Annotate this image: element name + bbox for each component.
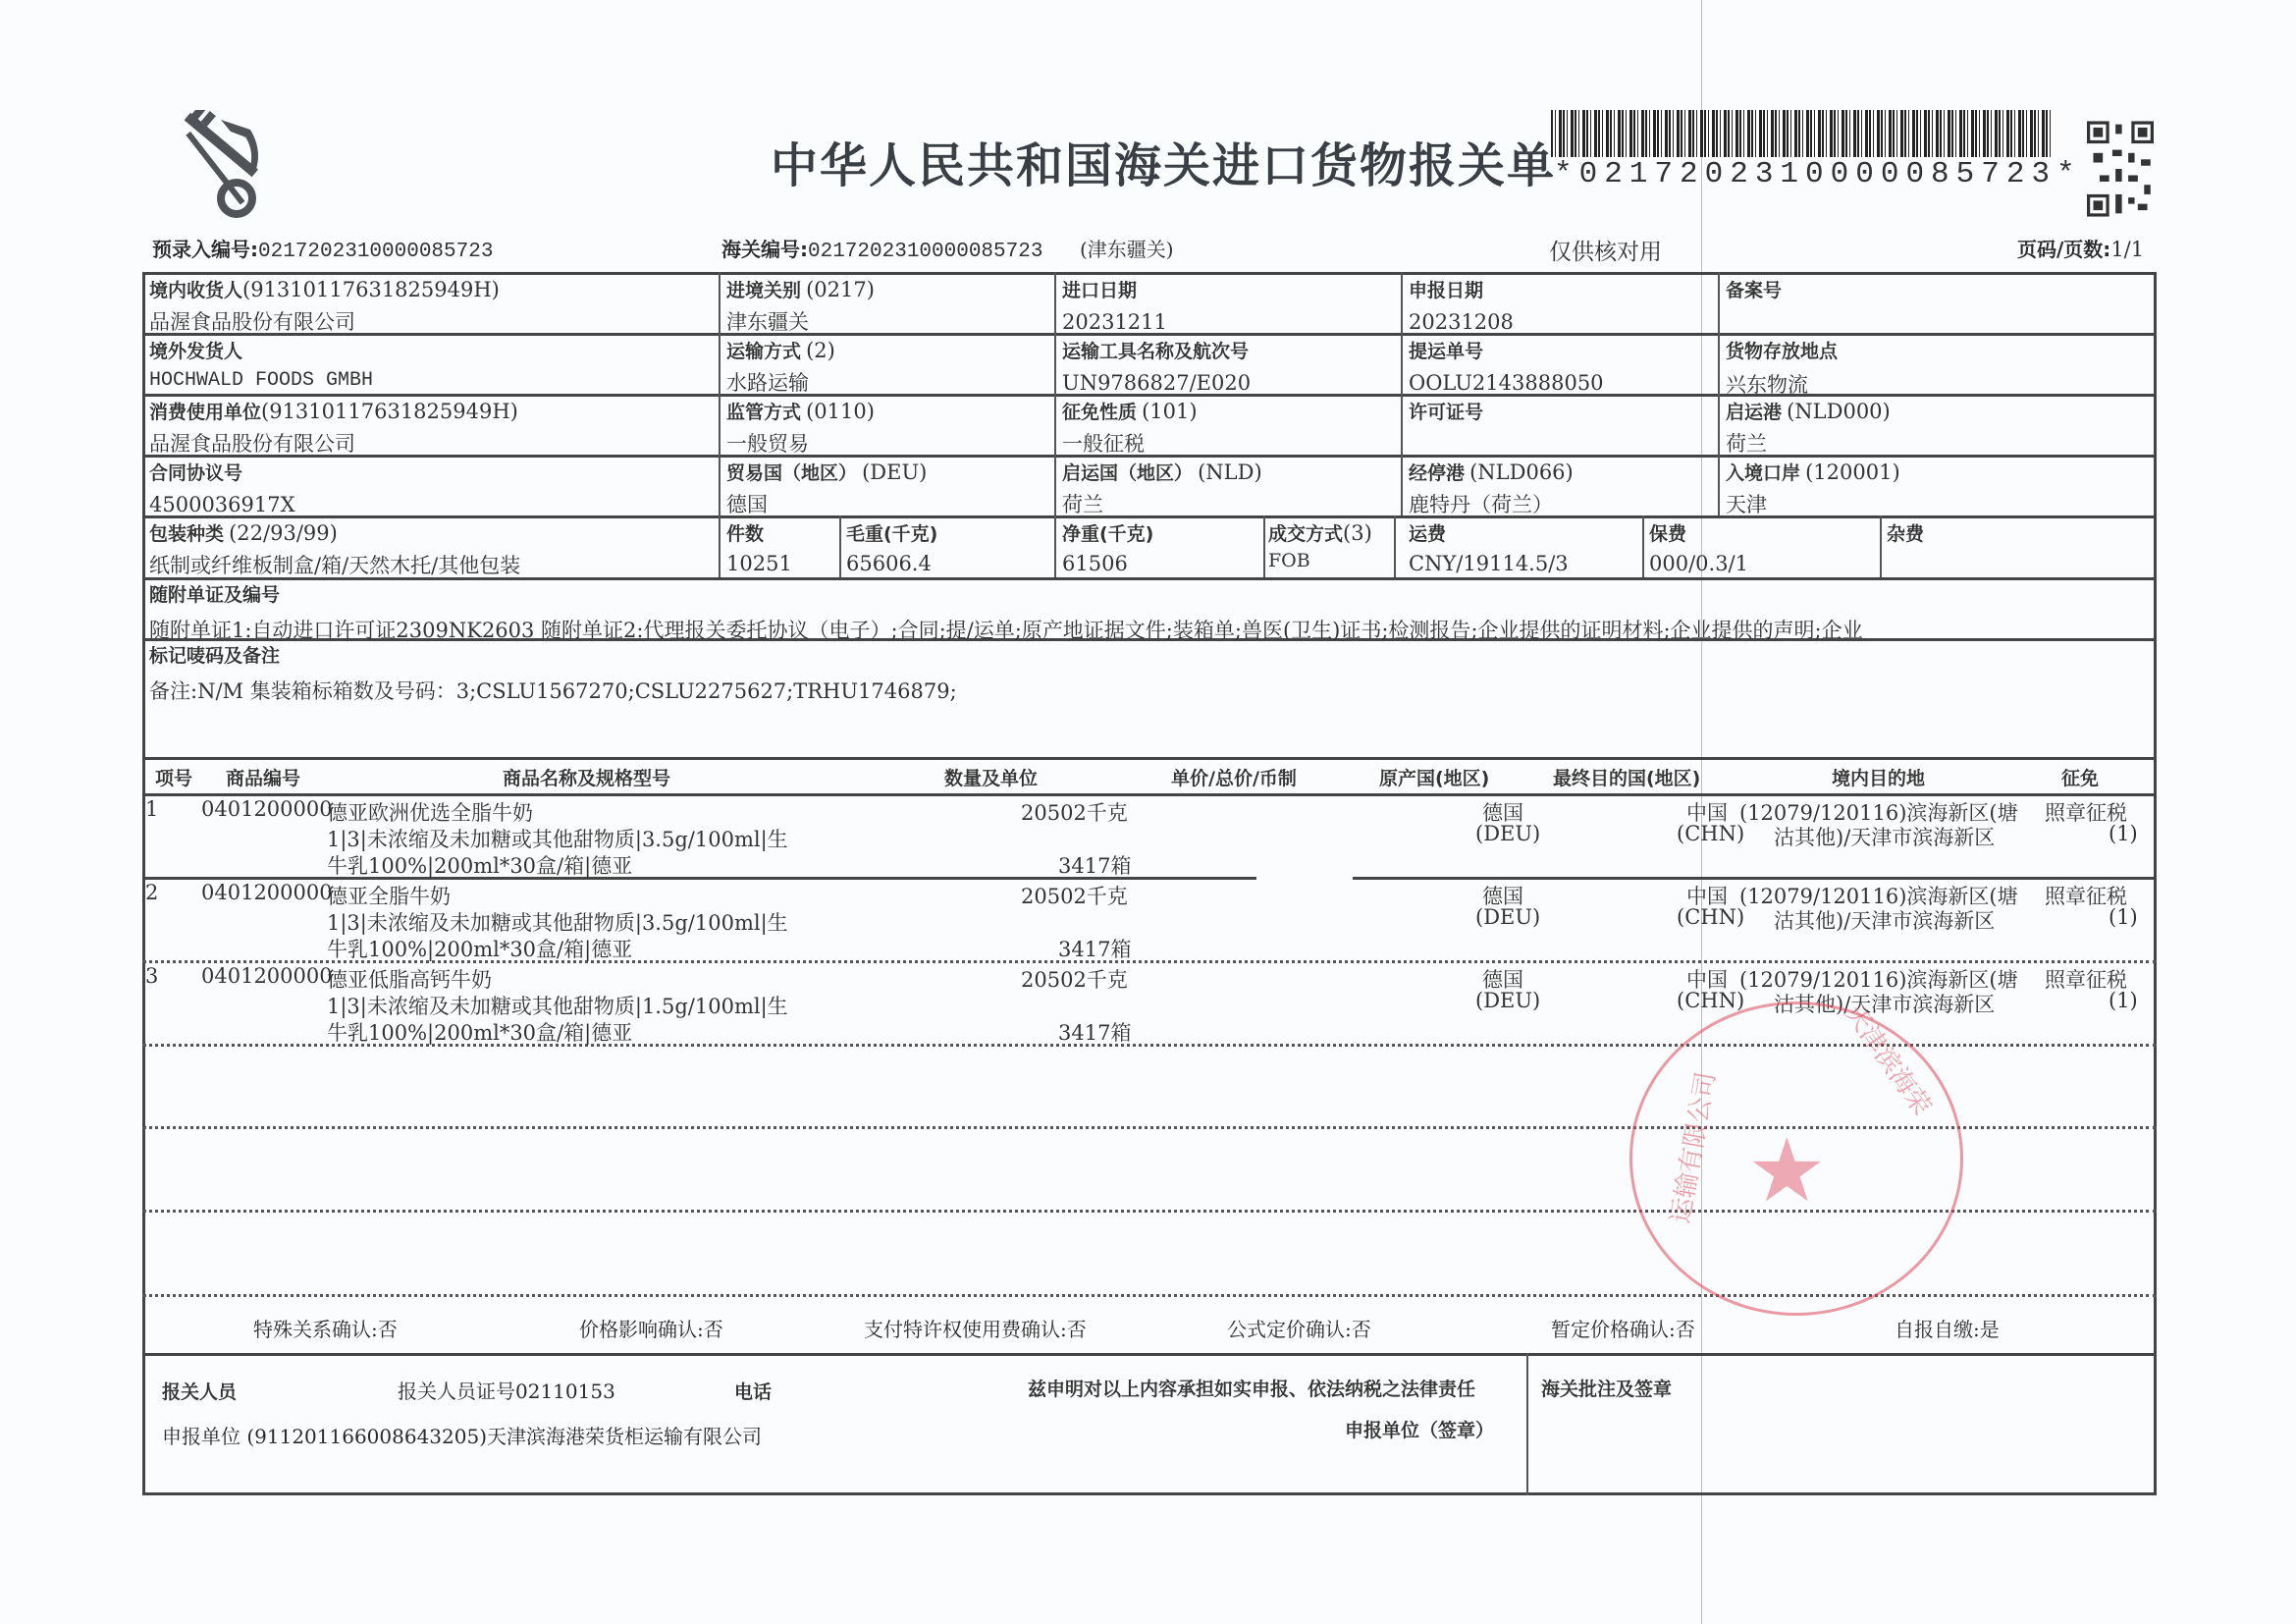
item-no: 2 [145,881,158,904]
field-marks-remarks: 标记唛码及备注 备注:N/M 集装箱标箱数及号码：3;CSLU1567270;C… [149,641,957,705]
phone-label: 电话 [734,1378,772,1404]
item-domestic-dest-line2: 沽其他)/天津市滨海新区 [1774,905,1995,935]
field-transport-mode: 运输方式 (2) 水路运输 [726,337,835,397]
customs-approval-label: 海关批注及签章 [1541,1375,1672,1401]
item-qty-cartons: 3417箱 [1058,1017,1131,1047]
field-overseas-consignor: 境外发货人 HOCHWALD FOODS GMBH [149,337,373,392]
field-transit-port: 经停港 (NLD066) 鹿特丹（荷兰） [1409,459,1574,518]
field-departure-port: 启运港 (NLD000) 荷兰 [1726,398,1891,458]
item-no: 1 [145,797,158,821]
page-indicator: 页码/页数:1/1 [2017,234,2144,262]
item-hs-code: 0401200000 [201,797,333,821]
item-origin-code: (DEU) [1475,822,1540,845]
col-header-origin: 原产国(地区) [1379,764,1489,790]
field-gross-weight: 毛重(千克) 65606.4 [846,519,937,575]
pre-entry-number: 预录入编号:0217202310000085723 [152,234,493,263]
field-insurance: 保费 000/0.3/1 [1649,519,1748,575]
confirm-special-relation: 特殊关系确认:否 [253,1314,398,1342]
item-spec-line1: 1|3|未浓缩及未加糖或其他甜物质|1.5g/100ml|生 [327,991,788,1020]
field-supervision-mode: 监管方式 (0110) 一般贸易 [726,398,875,458]
field-attached-docs: 随附单证及编号 随附单证1:自动进口许可证2309NK2603 随附单证2:代理… [149,580,1863,644]
item-hs-code: 0401200000 [201,881,333,904]
field-storage-place: 货物存放地点 兴东物流 [1726,337,1838,399]
customs-number: 海关编号:0217202310000085723 [721,234,1042,263]
item-hs-code: 0401200000 [201,964,333,988]
field-package-type: 包装种类 (22/93/99) 纸制或纤维板制盒/箱/天然木托/其他包装 [149,519,520,579]
confirm-self-report: 自报自缴:是 [1895,1314,2000,1342]
field-license-no: 许可证号 [1409,398,1483,424]
unit-seal-label: 申报单位（签章） [1345,1416,1494,1442]
confirm-provisional-price: 暂定价格确认:否 [1551,1314,1695,1342]
item-name: 德亚低脂高钙牛奶 [327,964,492,994]
declarant-cert-no: 报关人员证号02110153 [398,1376,615,1404]
declaration-statement: 兹申明对以上内容承担如实申报、依法纳税之法律责任 [1028,1375,1475,1401]
col-header-price: 单价/总价/币制 [1171,764,1297,790]
item-levy-code: (1) [2109,905,2138,929]
item-spec-line2: 牛乳100%|200ml*30盒/箱|德亚 [327,850,632,880]
item-levy-code: (1) [2109,989,2138,1012]
item-spec-line1: 1|3|未浓缩及未加糖或其他甜物质|3.5g/100ml|生 [327,824,788,853]
item-dest-code: (CHN) [1677,822,1744,845]
item-origin-code: (DEU) [1475,989,1540,1012]
customs-office: (津东疆关) [1080,234,1174,262]
col-header-item-no: 项号 [155,764,192,790]
item-qty-weight: 20502千克 [1021,797,1128,827]
item-origin-code: (DEU) [1475,905,1540,929]
field-deal-mode: 成交方式(3) FOB [1268,519,1372,571]
col-header-levy: 征免 [2061,764,2099,790]
col-header-product-name: 商品名称及规格型号 [503,764,670,790]
item-dest-code: (CHN) [1677,989,1744,1012]
field-bill-of-lading: 提运单号 OOLU2143888050 [1409,337,1604,395]
item-qty-weight: 20502千克 [1021,881,1128,910]
field-levy-nature: 征免性质 (101) 一般征税 [1062,398,1198,458]
field-misc-fee: 杂费 [1887,519,1924,546]
for-check-only: 仅供核对用 [1549,234,1662,266]
seal-star-icon: ★ [1747,1119,1827,1222]
item-name: 德亚欧洲优选全脂牛奶 [327,797,533,827]
item-levy-code: (1) [2109,822,2138,845]
item-spec-line1: 1|3|未浓缩及未加糖或其他甜物质|3.5g/100ml|生 [327,907,788,937]
field-trade-country: 贸易国（地区） (DEU) 德国 [726,459,927,518]
item-spec-line2: 牛乳100%|200ml*30盒/箱|德亚 [327,1017,632,1047]
col-header-hs-code: 商品编号 [226,764,300,790]
field-contract-no: 合同协议号 4500036917X [149,459,295,516]
field-entry-customs: 进境关别 (0217) 津东疆关 [726,276,875,336]
declaring-unit: 申报单位 (911201166008643205)天津滨海港荣货柜运输有限公司 [162,1421,762,1449]
item-name: 德亚全脂牛奶 [327,881,451,910]
field-entry-port: 入境口岸 (120001) 天津 [1726,459,1900,518]
document-title: 中华人民共和国海关进口货物报关单 [771,128,1556,195]
field-freight: 运费 CNY/19114.5/3 [1409,519,1569,575]
field-vessel-voyage: 运输工具名称及航次号 UN9786827/E020 [1062,337,1251,395]
confirm-royalty: 支付特许权使用费确认:否 [864,1314,1087,1342]
field-consignee: 境内收货人(91310117631825949H) 品渥食品股份有限公司 [149,276,500,336]
col-header-domestic-destination: 境内目的地 [1832,764,1925,790]
item-domestic-dest-line2: 沽其他)/天津市滨海新区 [1774,822,1995,851]
qr-code-icon [2087,120,2154,218]
barcode-text: *0217202310000085723* [1554,157,2082,191]
confirm-price-impact: 价格影响确认:否 [579,1314,723,1342]
field-net-weight: 净重(千克) 61506 [1062,519,1153,575]
field-declare-date: 申报日期 20231208 [1409,276,1514,334]
customs-emblem-icon [152,110,270,223]
col-header-destination-country: 最终目的国(地区) [1553,764,1700,790]
col-header-quantity: 数量及单位 [944,764,1038,790]
field-departure-country: 启运国（地区） (NLD) 荷兰 [1062,459,1262,518]
confirm-formula-pricing: 公式定价确认:否 [1227,1314,1371,1342]
item-qty-cartons: 3417箱 [1058,934,1131,963]
field-consumer-unit: 消费使用单位(91310117631825949H) 品渥食品股份有限公司 [149,398,518,458]
item-spec-line2: 牛乳100%|200ml*30盒/箱|德亚 [327,934,632,963]
field-record-no: 备案号 [1726,276,1782,302]
item-qty-weight: 20502千克 [1021,964,1128,994]
item-dest-code: (CHN) [1677,905,1744,929]
field-pieces: 件数 10251 [726,519,792,575]
declarant-label: 报关人员 [162,1378,237,1404]
field-import-date: 进口日期 20231211 [1062,276,1167,334]
item-qty-cartons: 3417箱 [1058,850,1131,880]
barcode [1551,110,2052,157]
item-no: 3 [145,964,158,988]
